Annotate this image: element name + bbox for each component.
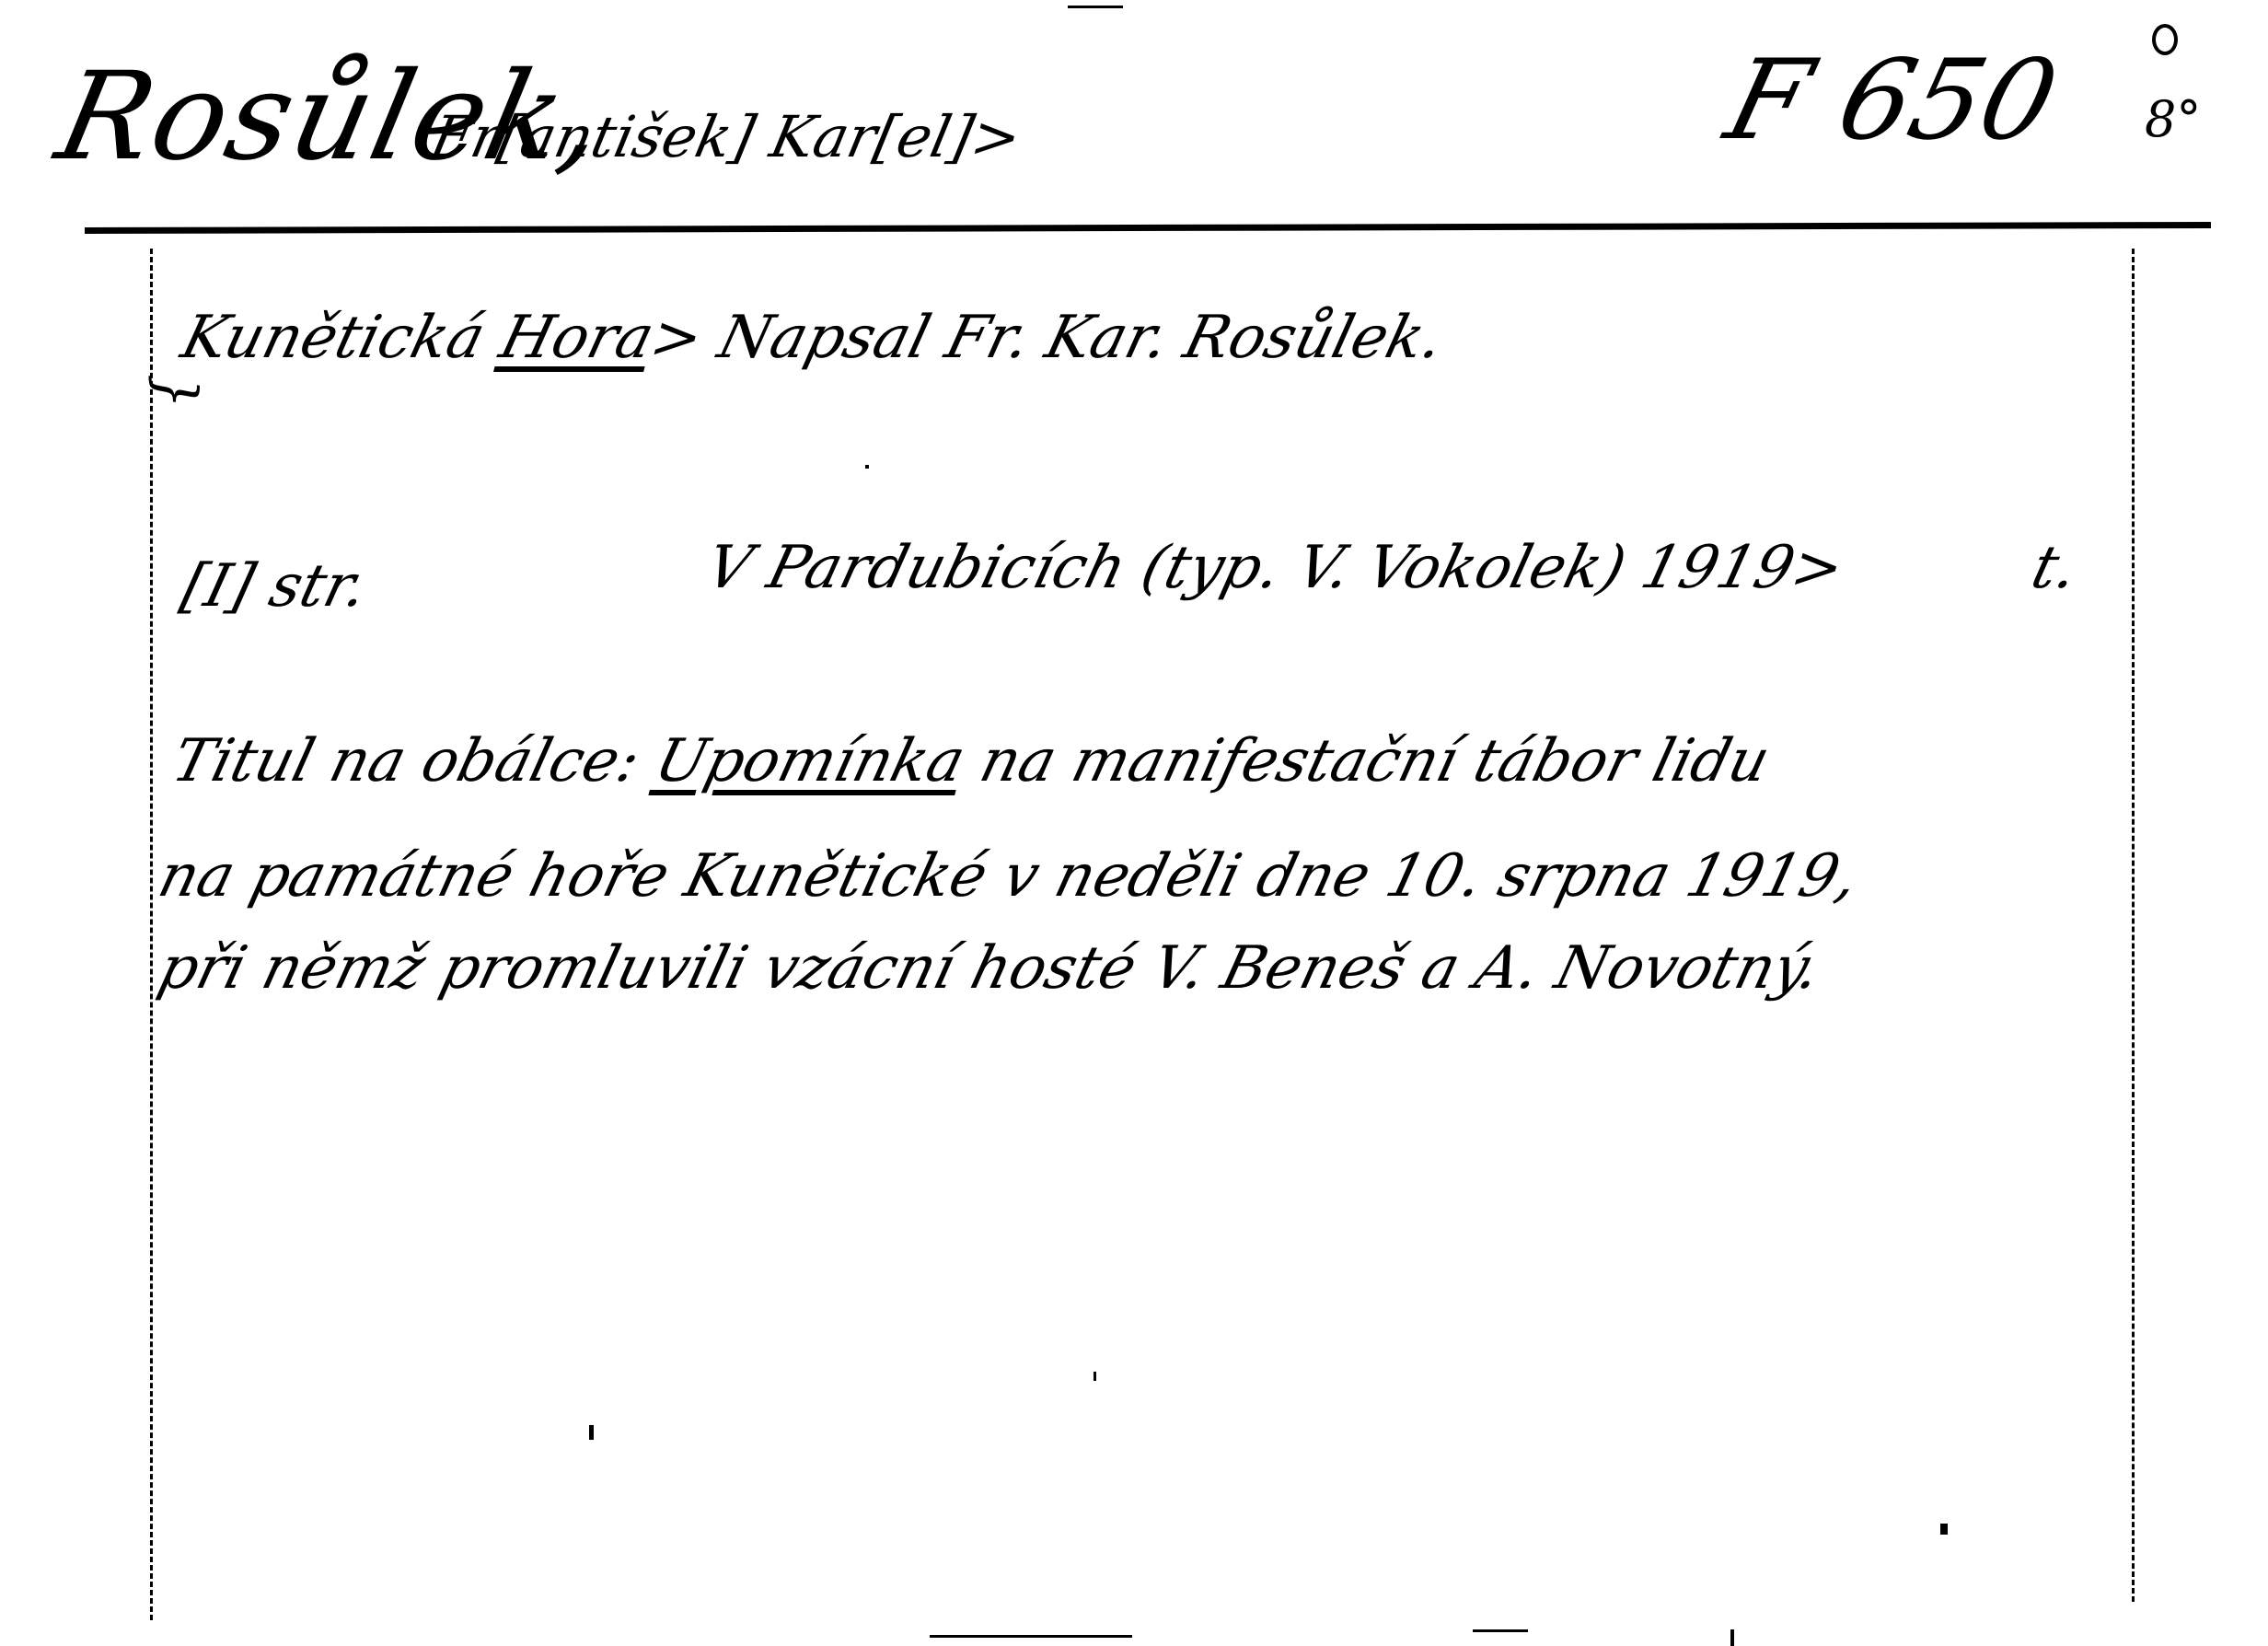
note-suffix: na manifestační tábor lidu xyxy=(955,727,1776,795)
format-size: 8° xyxy=(2145,90,2201,148)
note-line-1: Titul na obálce: Upomínka na manifestačn… xyxy=(166,727,1776,795)
note-underlined-word: Upomínka xyxy=(648,727,971,795)
title-part: Kunětická xyxy=(175,304,510,372)
catalog-card: Rosůlek, Fr[antišek] Kar[el]> F 650 8° {… xyxy=(0,0,2268,1646)
title-underlined-word: Hora xyxy=(493,304,661,372)
copy-mark: t. xyxy=(2025,534,2085,602)
title-statement: Kunětická Hora> Napsal Fr. Kar. Rosůlek. xyxy=(175,304,1451,372)
note-line-2: na památné hoře Kunětické v neděli dne 1… xyxy=(152,842,1865,910)
scan-speck xyxy=(865,465,869,469)
scan-speck xyxy=(930,1635,1132,1638)
author-given-names: Fr[antišek] Kar[el]> xyxy=(425,103,1027,170)
brace-mark: { xyxy=(140,374,204,409)
shelf-mark: F 650 xyxy=(1715,37,2069,165)
format-circle-mark xyxy=(2152,24,2178,55)
note-line-3: při němž promluvili vzácní hosté V. Bene… xyxy=(152,934,1827,1003)
scan-speck xyxy=(589,1425,594,1440)
scan-speck xyxy=(1730,1629,1734,1646)
note-prefix: Titul na obálce: xyxy=(166,727,665,795)
imprint: V Pardubicích (typ. V. Vokolek) 1919> xyxy=(700,534,1851,602)
title-responsibility: > Napsal Fr. Kar. Rosůlek. xyxy=(643,304,1450,372)
scan-speck xyxy=(1068,6,1123,8)
scan-speck xyxy=(1940,1524,1948,1535)
left-margin-line xyxy=(150,249,153,1620)
heading-rule xyxy=(85,222,2211,234)
pagination: [I] str. xyxy=(175,552,374,620)
scan-speck xyxy=(1473,1629,1528,1632)
right-margin-line xyxy=(2132,249,2135,1602)
scan-speck xyxy=(1093,1372,1096,1381)
